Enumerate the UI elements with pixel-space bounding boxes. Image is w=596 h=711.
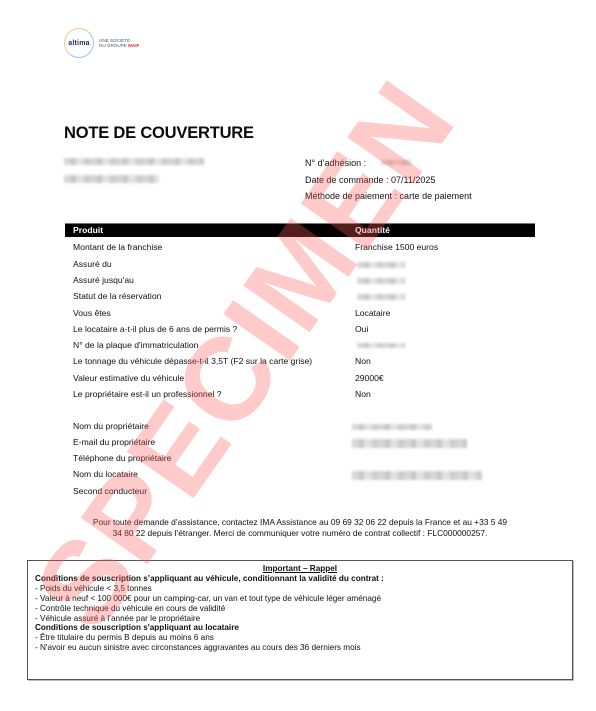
row-value: Oui	[355, 324, 368, 334]
row-label: Second conducteur	[73, 486, 147, 496]
redacted-address-line1	[64, 158, 204, 165]
adhesion-number: N° d’adhésion :	[305, 158, 366, 168]
redacted-value	[357, 262, 405, 268]
row-label: Statut de la réservation	[73, 291, 161, 301]
vehicle-condition-item: - Véhicule assuré à l’année par le propr…	[35, 614, 565, 624]
row-label: Le propriétaire est-il un professionnel …	[73, 389, 222, 399]
assistance-line2: 34 80 22 depuis l’étranger. Merci de com…	[50, 528, 550, 539]
row-label: Vous êtes	[73, 308, 111, 318]
row-label: Valeur estimative du véhicule	[73, 373, 184, 383]
row-label: N° de la plaque d'immatriculation	[73, 340, 198, 350]
row-value: Franchise 1500 euros	[355, 242, 438, 252]
assistance-notice: Pour toute demande d’assistance, contact…	[50, 517, 550, 539]
header-product: Produit	[73, 225, 103, 235]
row-label: Le tonnage du véhicule dépasse-t-il 3,5T…	[73, 356, 312, 366]
logo-maif: MAIF	[128, 43, 139, 48]
adhesion-label: N° d’adhésion :	[305, 158, 366, 168]
tenant-condition-item: - Être titulaire du permis B depuis au m…	[35, 633, 565, 643]
tenant-condition-item: - N'avoir eu aucun sinistre avec circons…	[35, 643, 565, 653]
row-label: Montant de la franchise	[73, 242, 162, 252]
redacted-value	[357, 294, 405, 300]
header-quantity: Quantité	[355, 225, 390, 235]
row-label: Assuré du	[73, 259, 112, 269]
tenant-conditions-heading: Conditions de souscription s'appliquant …	[35, 623, 565, 633]
assistance-line1: Pour toute demande d’assistance, contact…	[50, 517, 550, 528]
cover-note-document: altima UNE SOCIÉTÉ DU GROUPE MAIF NOTE D…	[0, 0, 596, 711]
logo-tagline-group-label: DU GROUPE	[99, 43, 127, 48]
reminder-box: Important – Rappel Conditions de souscri…	[27, 560, 573, 680]
row-label: Téléphone du propriétaire	[73, 453, 171, 463]
row-label: Nom du propriétaire	[73, 421, 149, 431]
altima-logo: altima UNE SOCIÉTÉ DU GROUPE MAIF	[64, 28, 139, 58]
redacted-value	[352, 439, 467, 448]
logo-ring-icon: altima	[64, 28, 94, 58]
redacted-value	[352, 424, 432, 430]
redacted-address-line2	[64, 175, 159, 183]
logo-brand: altima	[68, 40, 89, 47]
vehicle-conditions-heading: Conditions de souscription s’appliquant …	[35, 574, 565, 584]
page-title: NOTE DE COUVERTURE	[64, 124, 254, 143]
order-date: Date de commande : 07/11/2025	[305, 175, 435, 185]
reminder-title: Important – Rappel	[35, 564, 565, 574]
row-value: Non	[355, 356, 371, 366]
logo-tagline: UNE SOCIÉTÉ DU GROUPE MAIF	[99, 38, 139, 49]
row-value: Locataire	[355, 308, 390, 318]
vehicle-condition-item: - Poids du véhicule < 3,5 tonnes	[35, 584, 565, 594]
vehicle-condition-item: - Contrôle technique du véhicule en cour…	[35, 604, 565, 614]
table-header: Produit Quantité	[65, 223, 535, 237]
row-label: Nom du locataire	[73, 469, 138, 479]
logo-tagline-line2: DU GROUPE MAIF	[99, 43, 139, 48]
redacted-value	[352, 471, 482, 480]
row-label: E-mail du propriétaire	[73, 437, 155, 447]
redacted-value	[357, 278, 405, 284]
row-value: Non	[355, 389, 371, 399]
row-value: 29000€	[355, 373, 384, 383]
vehicle-condition-item: - Valeur à neuf < 100 000€ pour un campi…	[35, 594, 565, 604]
redacted-value	[357, 343, 405, 348]
payment-method: Méthode de paiement : carte de paiement	[305, 191, 472, 201]
redacted-adhesion-value	[381, 160, 411, 165]
row-label: Assuré jusqu'au	[73, 275, 134, 285]
row-label: Le locataire a-t-il plus de 6 ans de per…	[73, 324, 237, 334]
